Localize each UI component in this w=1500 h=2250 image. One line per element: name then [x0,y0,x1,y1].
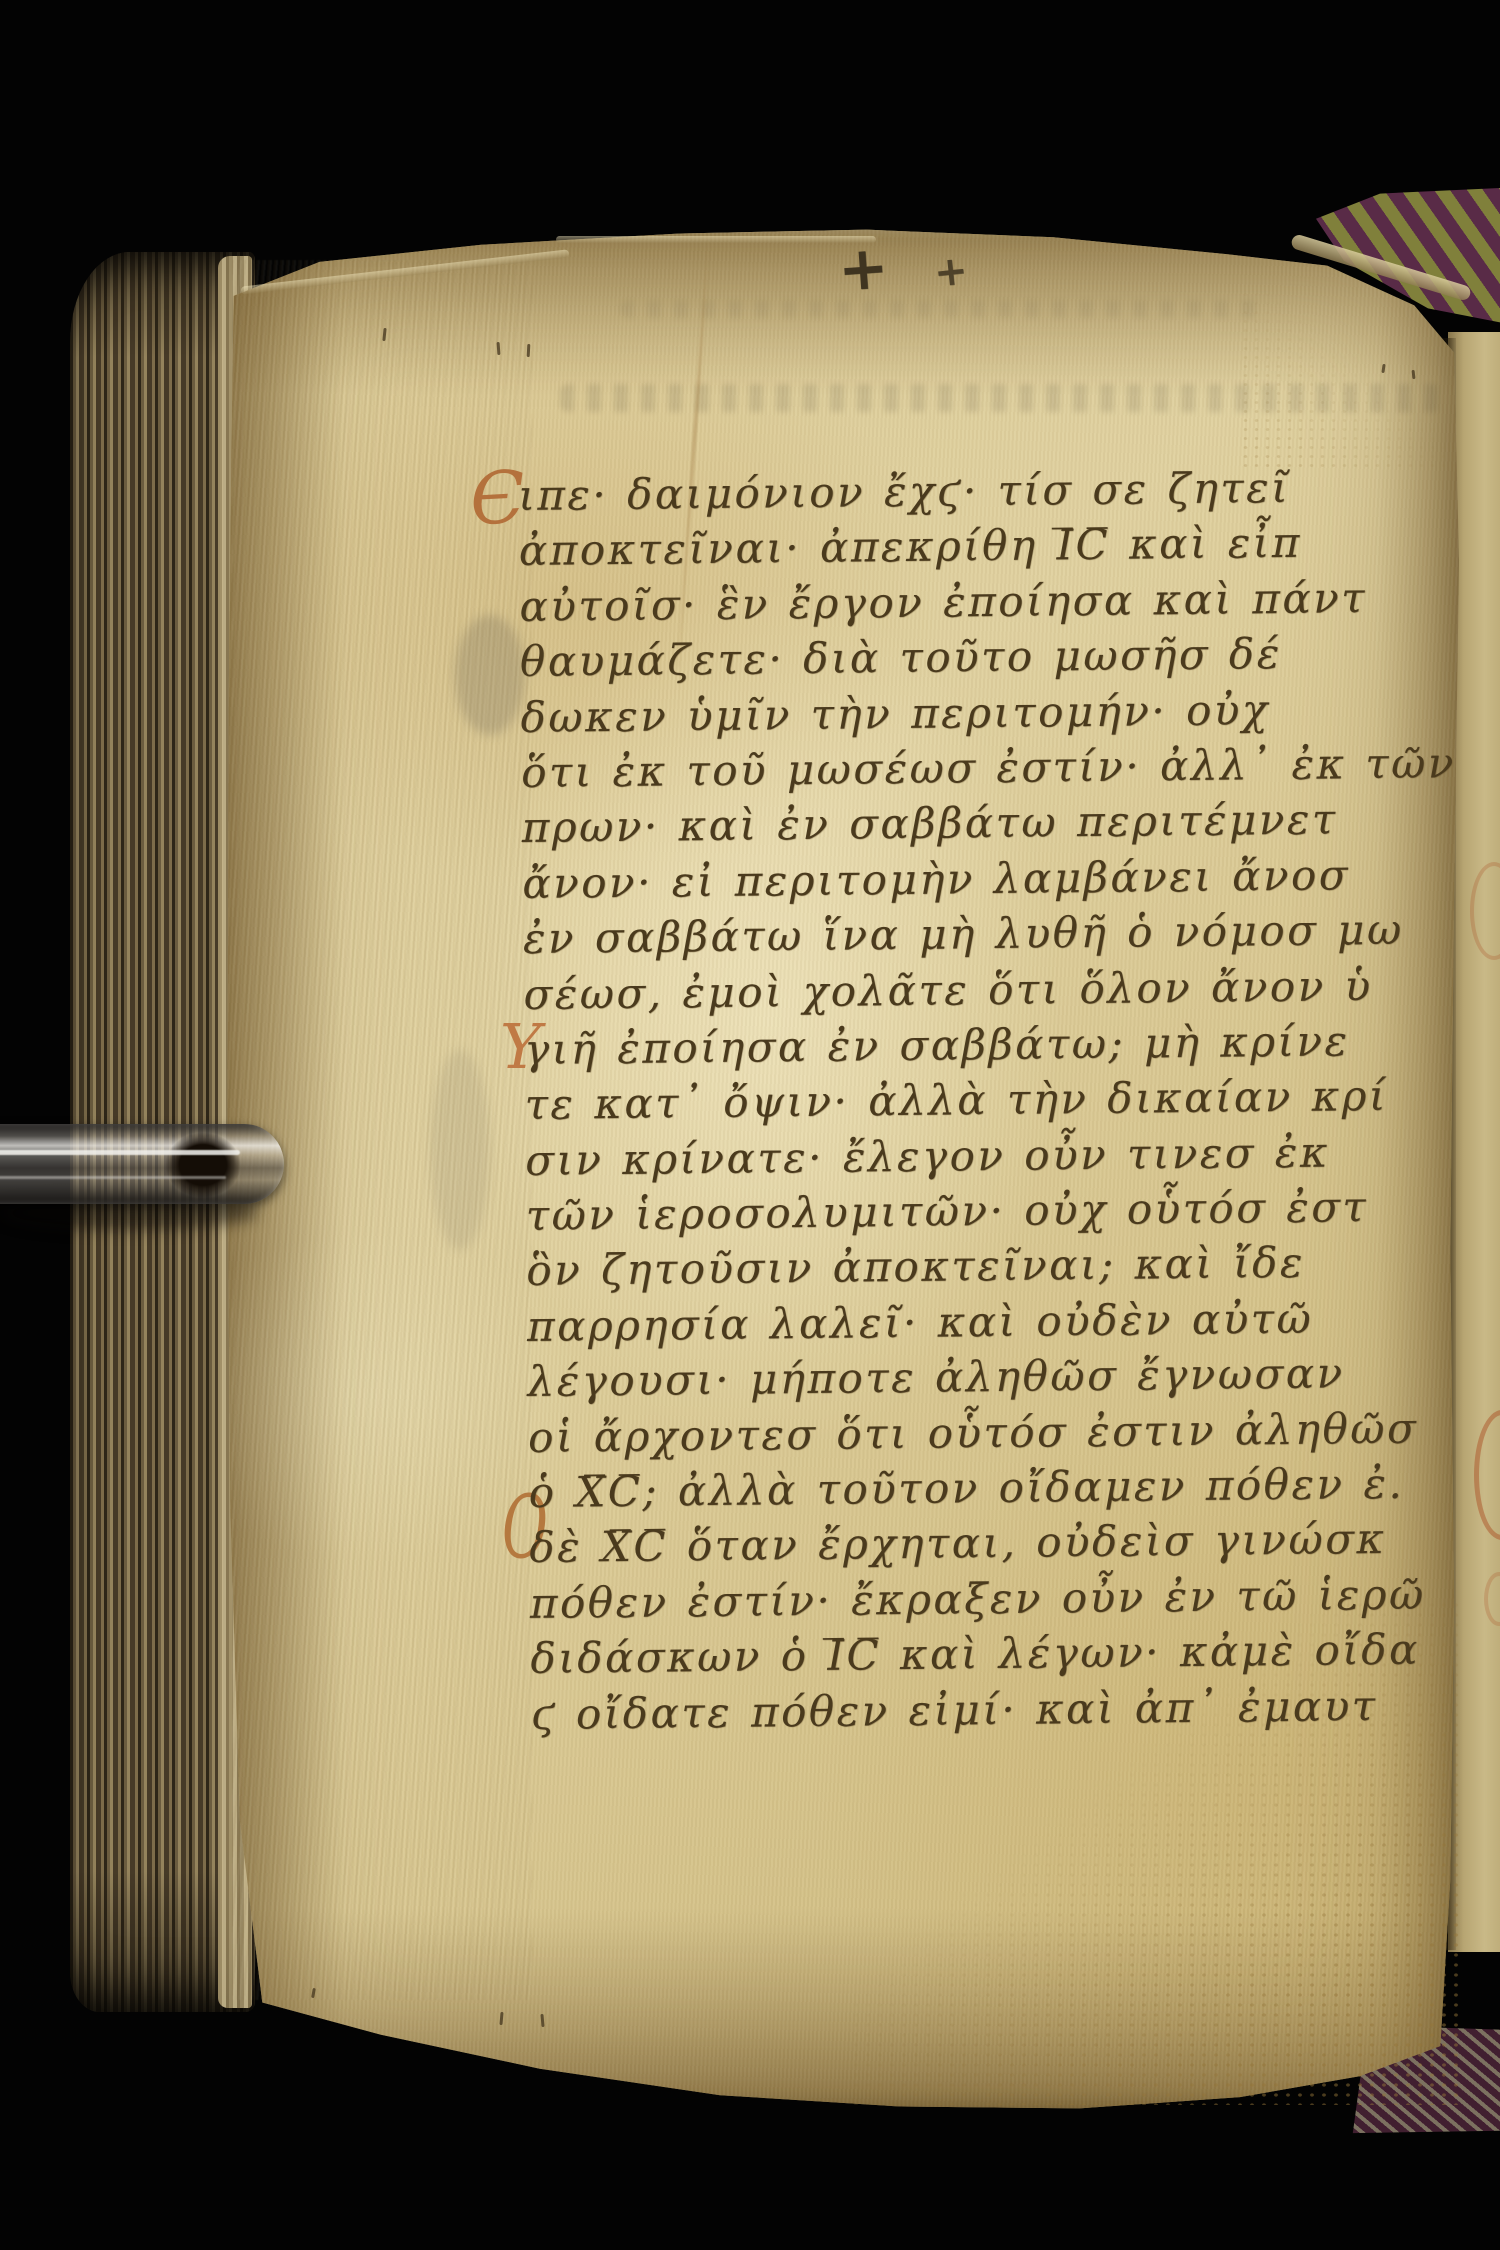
verso-showthrough [620,300,1260,318]
manuscript-text-line: ἀποκτεῖναι· ἀπεκρίθη Ι̅Ϲ̅ καὶ εἶπ [519,514,1450,579]
manuscript-text-line: λέγουσι· μήποτε ἀληθῶσ ἔγνωσαν [527,1344,1458,1409]
manuscript-text-line: αὐτοῖσ· ἓν ἔργον ἐποίησα καὶ πάντ [519,569,1450,634]
manuscript-text-line: σιν κρίνατε· ἔλεγον οὖν τινεσ ἐκ [525,1123,1456,1188]
manuscript-text-line: γιῆ ἐποίησα ἐν σαββάτω; μὴ κρίνε [524,1012,1455,1077]
manuscript-text-line: οἱ ἄρχοντεσ ὅτι οὗτόσ ἐστιν ἀληθῶσ [528,1400,1459,1465]
glass-rod-dark-reflection [160,1128,246,1202]
manuscript-text-line: δὲ Χ̅Ϲ̅ ὅταν ἔρχηται, οὐδεὶσ γινώσκ [529,1511,1460,1576]
facing-leaf-red-ornament [1484,1572,1500,1626]
parchment-smudge [430,1050,490,1250]
manuscript-text-line: διδάσκων ὁ Ι̅Ϲ̅ καὶ λέγων· κἀμὲ οἴδα [530,1621,1461,1686]
glass-rod-highlight [0,1150,240,1155]
manuscript-text-line: ὃν ζητοῦσιν ἀποκτεῖναι; καὶ ἴδε [526,1234,1457,1299]
manuscript-text-line: ιπε· δαιμόνιον ἔχϛ· τίσ σε ζητεῖ [518,458,1449,523]
manuscript-text-line: πόθεν ἐστίν· ἔκραξεν οὖν ἐν τῶ ἱερῶ [530,1566,1461,1631]
ink-cross-mark: + [932,246,970,296]
parchment-smudge [455,615,525,735]
manuscript-text-line: θαυμάζετε· διὰ τοῦτο μωσῆσ δέ [520,624,1451,689]
facing-leaf-red-ornament [1474,1410,1500,1540]
manuscript-text-line: ὅτι ἐκ τοῦ μωσέωσ ἐστίν· ἀλλ᾽ ἐκ τῶν [521,735,1452,800]
manuscript-text-line: ἄνον· εἰ περιτομὴν λαμβάνει ἄνοσ [522,846,1453,911]
manuscript-text-line: παρρησία λαλεῖ· καὶ οὐδὲν αὐτῶ [527,1289,1458,1354]
ink-cross-mark: + [836,232,891,305]
manuscript-text-line: ἐν σαββάτω ἵνα μὴ λυθῆ ὁ νόμοσ μω [523,901,1454,966]
manuscript-text-line: δωκεν ὑμῖν τὴν περιτομήν· οὐχ [520,680,1451,745]
verso-showthrough [560,384,1440,412]
manuscript-text-line: σέωσ, ἐμοὶ χολᾶτε ὅτι ὅλον ἄνον ὑ [523,957,1454,1022]
manuscript-text-line: ὁ Χ̅Ϲ̅; ἀλλὰ τοῦτον οἴδαμεν πόθεν ἐ. [528,1455,1459,1520]
manuscript-photo: + + Є Υ Ο ιπε· δαιμόνιον ἔχϛ· τίσ σε ζητ… [0,0,1500,2250]
page-top-edge-rim [556,236,876,243]
glass-rod-highlight [0,1176,226,1179]
manuscript-text-line: τῶν ἱεροσολυμιτῶν· οὐχ οὗτόσ ἐστ [526,1178,1457,1243]
manuscript-text-line: τε κατ᾽ ὄψιν· ἀλλὰ τὴν δικαίαν κρί [524,1068,1455,1133]
manuscript-text-line: πρων· καὶ ἐν σαββάτω περιτέμνετ [521,791,1452,856]
manuscript-text-block: ιπε· δαιμόνιον ἔχϛ· τίσ σε ζητεῖἀποκτεῖν… [518,458,1461,1742]
facing-leaf-red-ornament [1470,862,1500,960]
parchment-follicle-texture [1240,290,1460,470]
manuscript-text-line: ϛ οἴδατε πόθεν εἰμί· καὶ ἀπ᾽ ἐμαυτ [531,1677,1462,1742]
